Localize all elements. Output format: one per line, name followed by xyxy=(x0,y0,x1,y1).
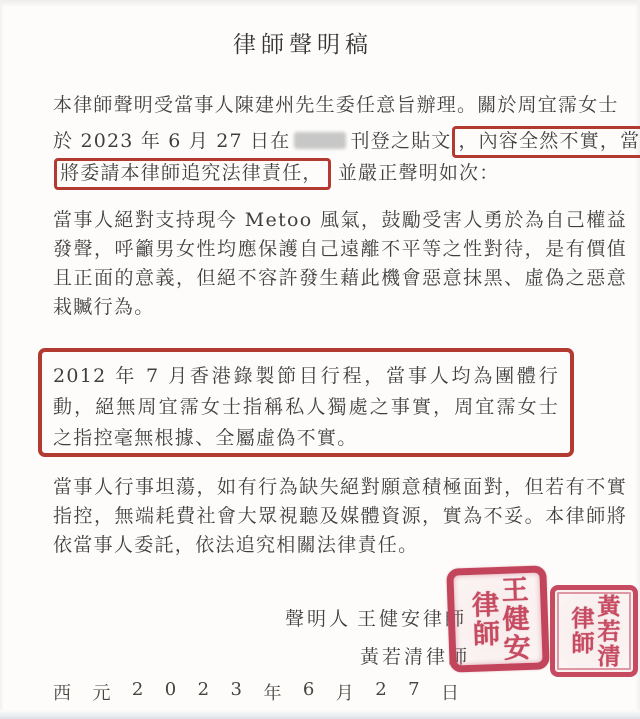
paragraph1-line2: 於 2023 年 6 月 27 日在刊登之貼文，內容全然不實，當事人 xyxy=(53,126,633,152)
scan-edge-left xyxy=(0,0,4,719)
date-char: 年 xyxy=(263,679,281,705)
lawyer-statement-document: 律師聲明稿 本律師聲明受當事人陳建州先生委任意旨辦理。關於周宜霈女士 於 202… xyxy=(0,0,640,719)
paragraph1-line1-text: 本律師聲明受當事人陳建州先生委任意旨辦理。關於周宜霈女士 xyxy=(53,94,619,116)
date-char: 3 xyxy=(231,679,242,705)
lawyer2-seal-stamp: 黃若清 律師 xyxy=(550,585,638,677)
date-char: 6 xyxy=(303,679,314,705)
paragraph1-line1: 本律師聲明受當事人陳建州先生委任意旨辦理。關於周宜霈女士 xyxy=(53,90,633,116)
date-char: 2 xyxy=(198,679,209,705)
date-char: 元 xyxy=(92,679,110,705)
highlight-box-1: ，內容全然不實，當事人 xyxy=(452,126,640,158)
paragraph3-text: 2012 年 7 月香港錄製節目行程，當事人均為團體行動，絕無周宜霈女士指稱私人… xyxy=(53,365,559,449)
date-char: 2 xyxy=(375,679,386,705)
paragraph2: 當事人絕對支持現今 Metoo 風氣，鼓勵受害人勇於為自己權益發聲，呼籲男女性均… xyxy=(53,206,627,322)
date-char: 7 xyxy=(408,679,419,705)
paragraph1-line3: 將委請本律師追究法律責任， 並嚴正聲明如次： xyxy=(53,158,633,184)
date-line: 西 元 2 0 2 3 年 6 月 2 7 日 xyxy=(53,679,459,705)
date-char: 月 xyxy=(336,679,354,705)
lawyer1-seal-text-right: 王健安 xyxy=(498,575,528,663)
date-char: 0 xyxy=(165,679,176,705)
scan-edge-bottom xyxy=(0,710,640,719)
paragraph1-line3-rest: 並嚴正聲明如次： xyxy=(338,162,500,184)
date-char: 日 xyxy=(441,679,459,705)
highlight-box-3: 2012 年 7 月香港錄製節目行程，當事人均為團體行動，絕無周宜霈女士指稱私人… xyxy=(38,348,574,457)
lawyer1-seal-stamp: 王健安 律師 xyxy=(446,565,550,672)
paragraph1-line2-pre: 於 2023 年 6 月 27 日在 xyxy=(53,130,290,152)
highlight-box-2: 將委請本律師追究法律責任， xyxy=(54,158,331,190)
date-char: 西 xyxy=(53,679,71,705)
date-char: 2 xyxy=(132,679,143,705)
paragraph4: 當事人行事坦蕩，如有行為缺失絕對願意積極面對，但若有不實指控，無端耗費社會大眾視… xyxy=(53,473,627,560)
declarant-label: 聲明人 xyxy=(285,604,351,631)
page-title: 律師聲明稿 xyxy=(0,26,606,59)
lawyer2-seal-text-left: 律師 xyxy=(570,606,593,656)
paragraph1-line2-mid: 刊登之貼文 xyxy=(350,130,451,152)
redaction-blur xyxy=(294,132,346,149)
lawyer2-seal-text-right: 黃若清 xyxy=(596,594,619,669)
lawyer1-seal-text-left: 律師 xyxy=(469,590,498,649)
scan-edge-top xyxy=(0,0,640,7)
